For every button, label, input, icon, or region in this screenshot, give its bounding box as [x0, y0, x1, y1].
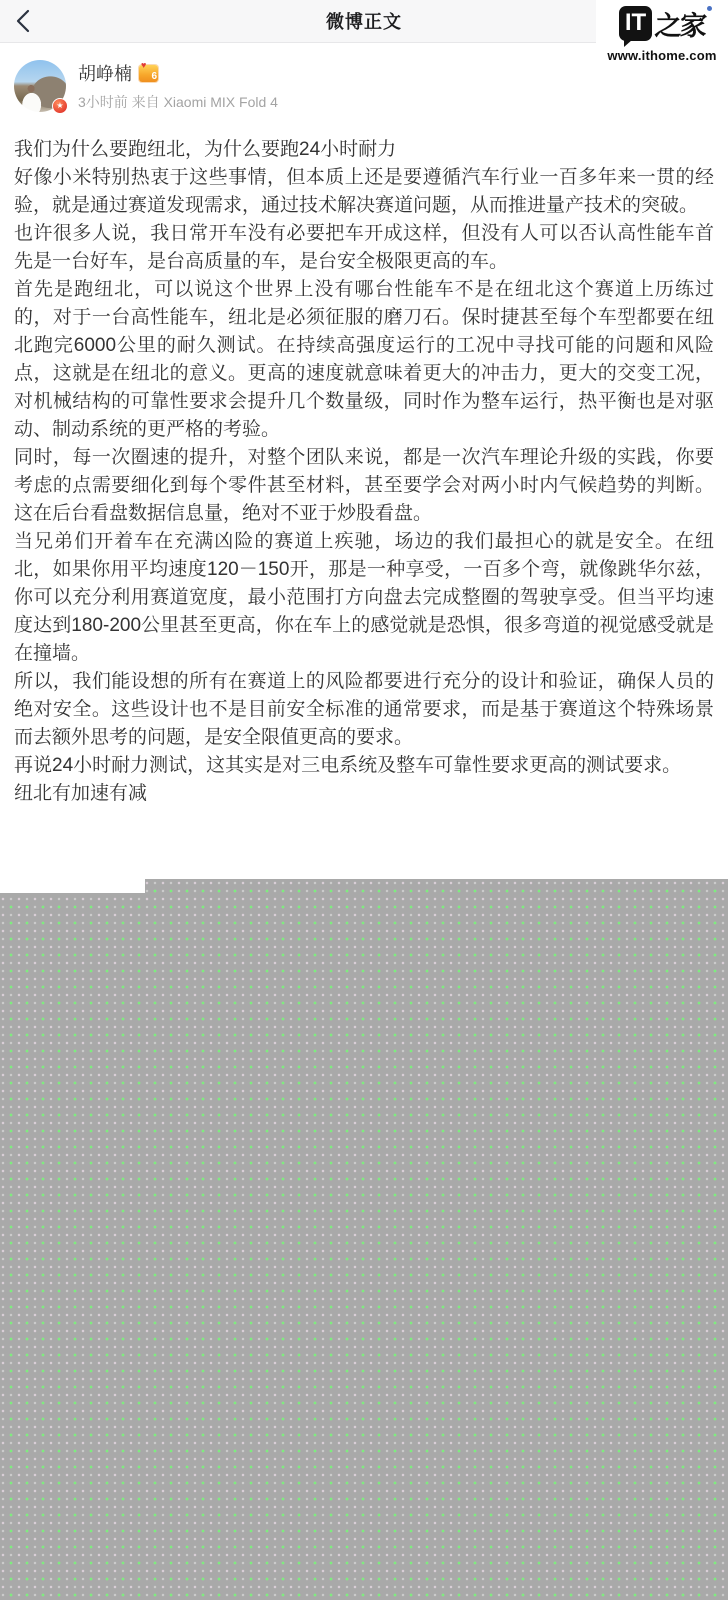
- post-paragraph: 再说24小时耐力测试，这其实是对三电系统及整车可靠性要求更高的测试要求。: [14, 752, 714, 780]
- ithome-url: www.ithome.com: [607, 48, 716, 63]
- post-paragraph: 也许很多人说，我日常开车没有必要把车开成这样，但没有人可以否认高性能车首先是一台…: [14, 220, 714, 276]
- post-content: 我们为什么要跑纽北，为什么要跑24小时耐力 好像小米特别热衷于这些事情，但本质上…: [14, 136, 714, 808]
- ithome-logo-zhijia: 之家: [654, 4, 707, 43]
- ithome-logo: IT 之家: [619, 4, 705, 43]
- post-paragraph-partial: 纽北有加速有减: [14, 780, 714, 808]
- chevron-left-icon: [13, 8, 33, 34]
- author-profile: ★ 胡峥楠 ♥ 6 3小时前 来自 Xiaomi MIX Fold 4: [14, 60, 278, 112]
- image-loading-placeholder[interactable]: [0, 879, 728, 1600]
- page-title: 微博正文: [326, 8, 402, 34]
- post-paragraph: 同时，每一次圈速的提升，对整个团队来说，都是一次汽车理论升级的实践，你要考虑的点…: [14, 444, 714, 528]
- post-paragraph: 当兄弟们开着车在充满凶险的赛道上疾驰，场边的我们最担心的就是安全。在纽北，如果你…: [14, 528, 714, 668]
- vip-level-number: 6: [151, 72, 157, 82]
- vip-level-badge-icon: ♥ 6: [139, 65, 158, 82]
- weibo-post-page: 微博正文 IT 之家 www.ithome.com ★ 胡峥楠 ♥ 6 3小时前…: [0, 0, 728, 1600]
- post-paragraph: 首先是跑纽北，可以说这个世界上没有哪台性能车不是在纽北这个赛道上历练过的，对于一…: [14, 276, 714, 444]
- post-paragraph: 所以，我们能设想的所有在赛道上的风险都要进行充分的设计和验证，确保人员的绝对安全…: [14, 668, 714, 752]
- user-name[interactable]: 胡峥楠: [78, 60, 132, 86]
- ithome-logo-it-icon: IT: [619, 6, 652, 41]
- vip-heart-icon: ♥: [141, 61, 146, 70]
- ithome-watermark: IT 之家 www.ithome.com: [596, 0, 728, 62]
- name-row: 胡峥楠 ♥ 6: [78, 60, 278, 86]
- avatar[interactable]: ★: [14, 60, 66, 112]
- profile-info: 胡峥楠 ♥ 6 3小时前 来自 Xiaomi MIX Fold 4: [78, 60, 278, 112]
- post-paragraph: 好像小米特别热衷于这些事情，但本质上还是要遵循汽车行业一百多年来一贯的经验，就是…: [14, 164, 714, 220]
- back-button[interactable]: [6, 4, 40, 38]
- post-title: 我们为什么要跑纽北，为什么要跑24小时耐力: [14, 136, 714, 164]
- ithome-logo-dot-icon: [707, 6, 712, 11]
- verified-star-icon: ★: [52, 98, 68, 114]
- post-meta-timestamp: 3小时前 来自 Xiaomi MIX Fold 4: [78, 92, 278, 112]
